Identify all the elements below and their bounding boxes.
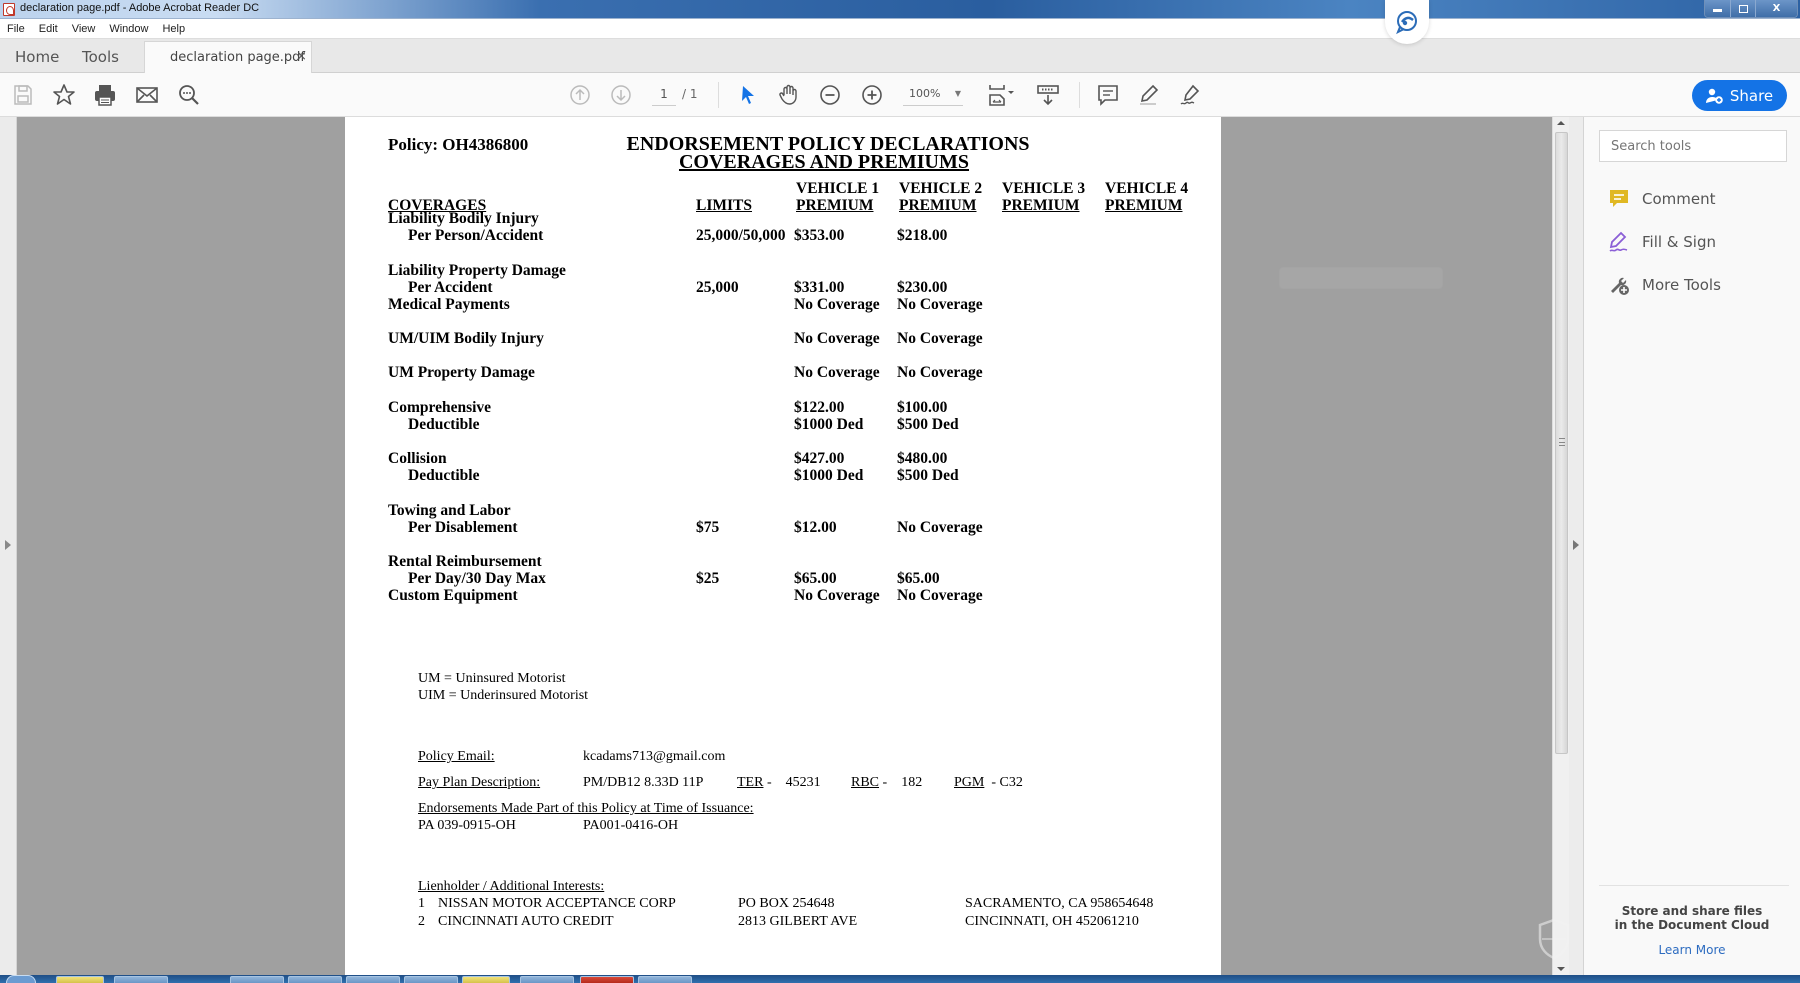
hand-tool-button[interactable] [777, 83, 801, 107]
header-vehicle-1: VEHICLE 1PREMIUM [796, 180, 879, 214]
close-tab-icon[interactable]: × [296, 49, 307, 64]
tab-tools[interactable]: Tools [82, 48, 119, 66]
tab-home[interactable]: Home [15, 48, 59, 66]
email-icon [135, 83, 159, 107]
bookmark-button[interactable] [52, 83, 76, 107]
pay-plan-label: Pay Plan Description: [418, 774, 540, 791]
close-window-button[interactable]: X [1755, 0, 1797, 17]
zoom-out-button[interactable] [818, 83, 842, 107]
taskbar-app[interactable] [56, 976, 104, 983]
pay-plan-label-text: Pay Plan Description: [418, 775, 540, 790]
taskbar-app[interactable] [638, 976, 692, 983]
scroll-down-arrow-icon[interactable] [1557, 967, 1565, 971]
page-down-icon [609, 83, 633, 107]
toolbar-divider [1079, 82, 1080, 108]
header-vehicle-3: VEHICLE 3PREMIUM [1002, 180, 1085, 214]
window-title: declaration page.pdf - Adobe Acrobat Rea… [20, 2, 259, 14]
lienholder-1-city: SACRAMENTO, CA 958654648 [965, 895, 1153, 912]
vehicle-2-premium: $65.00 [897, 570, 940, 587]
faded-tooltip: ​ [1280, 268, 1442, 288]
vehicle-4-premium-label: PREMIUM [1105, 197, 1188, 214]
vehicle-2-premium-label: PREMIUM [899, 197, 982, 214]
vehicle-1-premium: No Coverage [794, 296, 880, 313]
coverage-limit: $75 [696, 519, 719, 536]
tool-fill-sign[interactable]: Fill & Sign [1608, 230, 1716, 254]
restore-icon [1739, 5, 1748, 13]
lienholder-2-city: CINCINNATI, OH 452061210 [965, 913, 1139, 930]
vehicle-2-premium: No Coverage [897, 364, 983, 381]
scroll-mode-button[interactable] [1036, 83, 1060, 107]
tool-more-tools-label: More Tools [1642, 276, 1721, 294]
restore-button[interactable] [1730, 0, 1755, 17]
taskbar-app[interactable] [114, 976, 168, 983]
save-button[interactable] [11, 83, 35, 107]
print-button[interactable] [93, 83, 117, 107]
chat-assistant-icon [1394, 9, 1420, 35]
vehicle-1-premium: $427.00 [794, 450, 844, 467]
chevron-down-icon: ▼ [955, 84, 961, 104]
ter-field: TER - 45231 [737, 774, 821, 791]
vehicle-2-premium: $480.00 [897, 450, 947, 467]
expand-left-panel-icon [5, 540, 11, 550]
os-taskbar [0, 975, 1800, 983]
sign-icon [1178, 83, 1202, 107]
comment-icon [1608, 188, 1630, 210]
collapse-right-panel-icon [1573, 540, 1579, 550]
vehicle-2-premium: $218.00 [897, 227, 947, 244]
header-vehicle-4: VEHICLE 4PREMIUM [1105, 180, 1188, 214]
current-page-input[interactable]: 1 [652, 84, 676, 106]
legend-uim: UIM = Underinsured Motorist [418, 687, 588, 704]
vehicle-1-premium-label: PREMIUM [796, 197, 879, 214]
search-icon [177, 83, 201, 107]
start-button[interactable] [6, 975, 36, 983]
next-page-button[interactable] [609, 83, 633, 107]
tool-comment-label: Comment [1642, 190, 1716, 208]
scroll-mode-icon [1036, 83, 1060, 107]
menu-window[interactable]: Window [109, 23, 148, 35]
select-tool-button[interactable] [736, 83, 760, 107]
vehicle-2-premium: No Coverage [897, 296, 983, 313]
scrollbar-thumb[interactable] [1555, 132, 1568, 754]
coverage-detail: Per Person/Accident [388, 227, 543, 244]
endorsements-label: Endorsements Made Part of this Policy at… [418, 800, 754, 817]
taskbar-app[interactable] [288, 976, 342, 983]
lienholder-2-num: 2 [418, 913, 425, 930]
find-button[interactable] [177, 83, 201, 107]
lienholder-label: Lienholder / Additional Interests: [418, 878, 604, 895]
pay-plan-value: PM/DB12 8.33D 11P [583, 774, 703, 791]
vertical-scrollbar[interactable] [1552, 117, 1569, 975]
tool-more-tools[interactable]: More Tools [1608, 273, 1721, 297]
tab-document[interactable]: declaration page.pdf × [144, 41, 312, 74]
menu-edit[interactable]: Edit [39, 23, 58, 35]
ter-value: 45231 [786, 775, 821, 790]
window-controls: X [1704, 0, 1798, 18]
menu-help[interactable]: Help [162, 23, 185, 35]
vehicle-1-premium: $331.00 [794, 279, 844, 296]
coverage-name: Liability Property Damage [388, 262, 566, 279]
divider [1599, 885, 1789, 886]
taskbar-app[interactable] [230, 976, 284, 983]
taskbar-app-acrobat[interactable] [580, 976, 634, 983]
share-button[interactable]: Share [1692, 80, 1787, 111]
toolbar-divider [718, 82, 719, 108]
taskbar-app[interactable] [462, 976, 510, 983]
print-icon [93, 83, 117, 107]
vehicle-1-premium: No Coverage [794, 587, 880, 604]
rbc-label: RBC [851, 775, 879, 790]
header-vehicle-2: VEHICLE 2PREMIUM [899, 180, 982, 214]
coverage-name: Medical Payments [388, 296, 510, 313]
taskbar-app[interactable] [346, 976, 400, 983]
star-icon [52, 83, 76, 107]
vehicle-1-premium: $12.00 [794, 519, 837, 536]
policy-email-label-text: Policy Email: [418, 749, 495, 764]
hand-tool-icon [777, 83, 801, 107]
lienholder-1-address: PO BOX 254648 [738, 895, 834, 912]
fill-sign-icon [1608, 231, 1630, 253]
coverage-name: Towing and Labor [388, 502, 511, 519]
vehicle-2-deductible: $500 Ded [897, 416, 959, 433]
vehicle-1-premium: $65.00 [794, 570, 837, 587]
pgm-field: PGM - C32 [954, 774, 1023, 791]
coverage-limit: 25,000/50,000 [696, 227, 786, 244]
zoom-in-button[interactable] [860, 83, 884, 107]
sign-button[interactable] [1178, 83, 1202, 107]
search-tools-input[interactable] [1599, 130, 1787, 162]
highlight-pen-icon [1137, 83, 1161, 107]
highlight-button[interactable] [1137, 83, 1161, 107]
menu-view[interactable]: View [72, 23, 96, 35]
learn-more-link[interactable]: Learn More [1584, 943, 1800, 957]
coverage-name: Comprehensive [388, 399, 491, 416]
vehicle-1-label: VEHICLE 1 [796, 180, 879, 197]
pdf-page: Policy: OH4386800 ENDORSEMENT POLICY DEC… [345, 117, 1221, 975]
tool-fill-sign-label: Fill & Sign [1642, 233, 1716, 251]
subtitle-text: COVERAGES AND PREMIUMS [679, 151, 969, 173]
menu-file[interactable]: File [7, 23, 25, 35]
add-user-icon [1706, 88, 1724, 104]
tool-comment[interactable]: Comment [1608, 187, 1716, 211]
pgm-value: C32 [1000, 775, 1023, 790]
rbc-value: 182 [901, 775, 922, 790]
document-cloud-promo: Store and share files in the Document Cl… [1584, 904, 1800, 932]
lienholder-2-address: 2813 GILBERT AVE [738, 913, 857, 930]
coverage-name: Liability Bodily Injury [388, 210, 539, 227]
minimize-icon [1713, 9, 1722, 12]
legend-um: UM = Uninsured Motorist [418, 670, 566, 687]
pgm-label: PGM [954, 775, 984, 790]
lienholder-1-name: NISSAN MOTOR ACCEPTANCE CORP [438, 895, 676, 912]
coverage-detail: Per Disablement [388, 519, 517, 536]
coverage-name: Rental Reimbursement [388, 553, 542, 570]
vehicle-2-premium: $230.00 [897, 279, 947, 296]
lienholder-label-text: Lienholder / Additional Interests: [418, 879, 604, 894]
endorsement-item: PA001-0416-OH [583, 817, 678, 834]
window-title-bar: declaration page.pdf - Adobe Acrobat Rea… [0, 0, 1800, 19]
comment-button[interactable] [1096, 83, 1120, 107]
right-panel-toggle[interactable] [1569, 117, 1584, 975]
main-toolbar: 1 / 1 100% ▼ Share [0, 73, 1800, 117]
vehicle-2-premium: No Coverage [897, 587, 983, 604]
endorsements-label-text: Endorsements Made Part of this Policy at… [418, 801, 754, 816]
coverage-detail: Per Day/30 Day Max [388, 570, 546, 587]
coverage-limit: $25 [696, 570, 719, 587]
shield-watermark-icon [1537, 918, 1571, 960]
vehicle-2-label: VEHICLE 2 [899, 180, 982, 197]
previous-page-button[interactable] [568, 83, 592, 107]
page-display-button[interactable] [986, 83, 1018, 107]
vehicle-2-premium: No Coverage [897, 330, 983, 347]
menu-bar: File Edit View Window Help [0, 19, 1800, 39]
rbc-field: RBC - 182 [851, 774, 922, 791]
zoom-in-icon [860, 83, 884, 107]
save-icon [11, 83, 35, 107]
zoom-out-icon [818, 83, 842, 107]
email-button[interactable] [135, 83, 159, 107]
vehicle-2-premium: $100.00 [897, 399, 947, 416]
coverage-limit: 25,000 [696, 279, 739, 296]
document-tab-label: declaration page.pdf [170, 50, 305, 65]
zoom-level-dropdown[interactable]: 100% ▼ [903, 84, 963, 106]
vehicle-1-premium: $353.00 [794, 227, 844, 244]
left-panel-toggle[interactable] [0, 117, 17, 975]
grip-icon [1559, 438, 1565, 446]
tools-pane: Comment Fill & Sign More Tools Store and… [1584, 117, 1800, 975]
taskbar-app[interactable] [520, 976, 574, 983]
vehicle-3-premium-label: PREMIUM [1002, 197, 1085, 214]
vehicle-1-premium: No Coverage [794, 330, 880, 347]
vehicle-1-premium: No Coverage [794, 364, 880, 381]
tab-bar: Home Tools declaration page.pdf × [0, 39, 1800, 73]
vehicle-2-deductible: $500 Ded [897, 467, 959, 484]
coverage-detail: Deductible [388, 467, 479, 484]
lienholder-1-num: 1 [418, 895, 425, 912]
more-tools-icon [1608, 274, 1630, 296]
coverage-name: Collision [388, 450, 447, 467]
scroll-up-arrow-icon[interactable] [1557, 121, 1565, 125]
coverage-name: UM/UIM Bodily Injury [388, 330, 544, 347]
policy-email-label: Policy Email: [418, 748, 495, 765]
vehicle-4-label: VEHICLE 4 [1105, 180, 1188, 197]
vehicle-1-deductible: $1000 Ded [794, 467, 863, 484]
taskbar-app[interactable] [404, 976, 458, 983]
limits-header-text: LIMITS [696, 197, 752, 214]
ter-label: TER [737, 775, 763, 790]
zoom-level-value: 100% [909, 87, 940, 100]
coverage-detail: Per Accident [388, 279, 493, 296]
endorsement-item: PA 039-0915-OH [418, 817, 516, 834]
close-icon: X [1773, 3, 1781, 14]
assistant-chat-bubble[interactable] [1385, 0, 1429, 44]
comment-icon [1096, 83, 1120, 107]
coverage-name: Custom Equipment [388, 587, 518, 604]
vehicle-1-deductible: $1000 Ded [794, 416, 863, 433]
minimize-button[interactable] [1705, 0, 1730, 17]
coverage-detail: Deductible [388, 416, 479, 433]
lienholder-2-name: CINCINNATI AUTO CREDIT [438, 913, 614, 930]
policy-email-value: kcadams713@gmail.com [583, 748, 725, 765]
vehicle-3-label: VEHICLE 3 [1002, 180, 1085, 197]
header-limits: LIMITS [696, 197, 752, 214]
document-subtitle: COVERAGES AND PREMIUMS [345, 151, 1221, 174]
fit-page-icon [986, 83, 1018, 107]
acrobat-app-icon [3, 3, 15, 16]
share-label: Share [1730, 87, 1773, 105]
page-up-icon [568, 83, 592, 107]
coverage-name: UM Property Damage [388, 364, 535, 381]
total-pages: / 1 [682, 87, 698, 101]
vehicle-1-premium: $122.00 [794, 399, 844, 416]
select-cursor-icon [736, 83, 760, 107]
vehicle-2-premium: No Coverage [897, 519, 983, 536]
